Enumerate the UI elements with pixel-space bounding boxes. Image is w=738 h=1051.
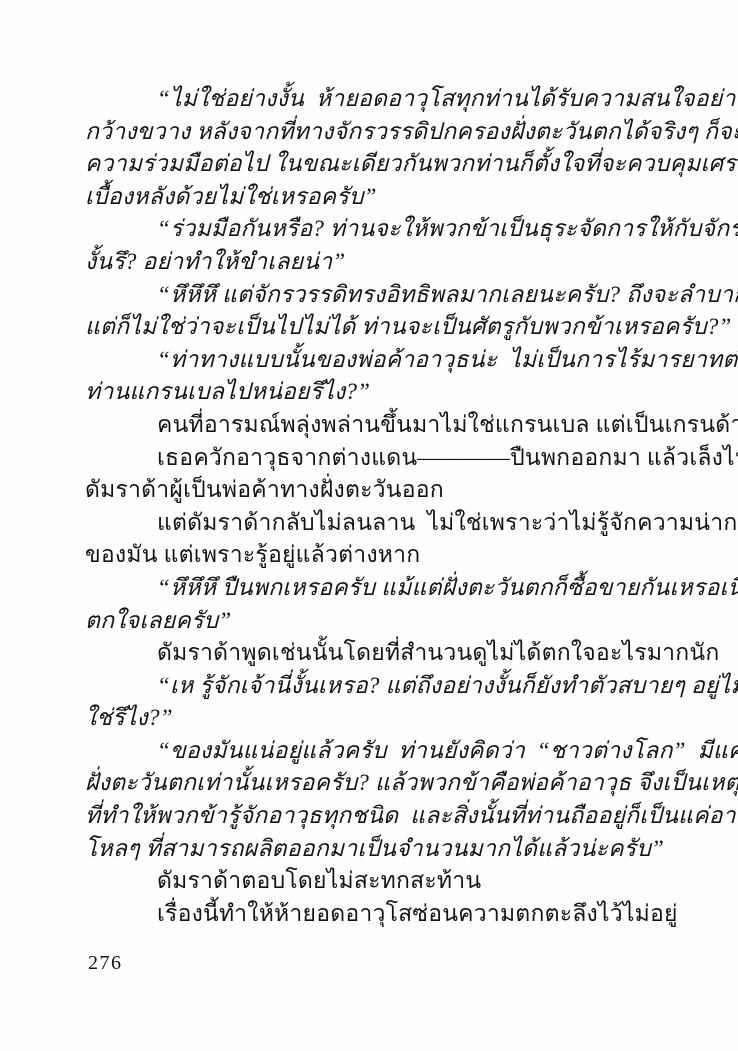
text-line: ดัมราด้าตอบโดยไม่สะทกสะท้าน xyxy=(85,865,660,898)
page-text: “ไม่ใช่อย่างงั้น ห้ายอดอาวุโสทุกท่านได้ร… xyxy=(85,83,660,930)
text-line: “ท่าทางแบบนั้นของพ่อค้าอาวุธน่ะ ไม่เป็นก… xyxy=(85,344,660,377)
text-line: งั้นรึ? อย่าทำให้ขำเลยน่า” xyxy=(85,246,660,279)
text-line: ฝั่งตะวันตกเท่านั้นเหรอครับ? แล้วพวกข้าค… xyxy=(85,767,660,800)
text-line: ดัมราด้าผู้เป็นพ่อค้าทางฝั่งตะวันออก xyxy=(85,474,660,507)
text-line: เรื่องนี้ทำให้ห้ายอดอาวุโสซ่อนความตกตะลึ… xyxy=(85,898,660,931)
text-line: ตกใจเลยครับ” xyxy=(85,605,660,638)
page-number: 276 xyxy=(88,952,123,975)
text-line: ดัมราด้าพูดเช่นนั้นโดยที่สำนวนดูไม่ได้ตก… xyxy=(85,637,660,670)
text-line: เธอควักอาวุธจากต่างแดน————ปืนพกออกมา แล้… xyxy=(85,442,660,475)
book-page: “ไม่ใช่อย่างงั้น ห้ายอดอาวุโสทุกท่านได้ร… xyxy=(0,0,738,1051)
text-line: “ไม่ใช่อย่างงั้น ห้ายอดอาวุโสทุกท่านได้ร… xyxy=(85,83,660,116)
text-line: โหลๆ ที่สามารถผลิตออกมาเป็นจำนวนมากได้แล… xyxy=(85,833,660,866)
text-line: แต่ก็ไม่ใช่ว่าจะเป็นไปไม่ได้ ท่านจะเป็นศ… xyxy=(85,311,660,344)
text-line: “หึหึหึ ปืนพกเหรอครับ แม้แต่ฝั่งตะวันตกก… xyxy=(85,572,660,605)
text-line: “ของมันแน่อยู่แล้วครับ ท่านยังคิดว่า “ชา… xyxy=(85,735,660,768)
text-line: กว้างขวาง หลังจากที่ทางจักรวรรดิปกครองฝั… xyxy=(85,116,660,149)
text-line: ที่ทำให้พวกข้ารู้จักอาวุธทุกชนิด และสิ่ง… xyxy=(85,800,660,833)
text-line: “เห รู้จักเจ้านี่งั้นเหรอ? แต่ถึงอย่างงั… xyxy=(85,670,660,703)
text-line: ความร่วมมือต่อไป ในขณะเดียวกันพวกท่านก็ต… xyxy=(85,148,660,181)
text-line: แต่ดัมราด้ากลับไม่ลนลาน ไม่ใช่เพราะว่าไม… xyxy=(85,507,660,540)
text-line: เบื้องหลังด้วยไม่ใช่เหรอครับ” xyxy=(85,181,660,214)
text-line: “ร่วมมือกันหรือ? ท่านจะให้พวกข้าเป็นธุระ… xyxy=(85,213,660,246)
text-line: “หึหึหึ แต่จักรวรรดิทรงอิทธิพลมากเลยนะคร… xyxy=(85,279,660,312)
text-line: คนที่อารมณ์พลุ่งพล่านขึ้นมาไม่ใช่แกรนเบล… xyxy=(85,409,660,442)
text-line: ท่านแกรนเบลไปหน่อยรึไง?” xyxy=(85,376,660,409)
text-line: ของมัน แต่เพราะรู้อยู่แล้วต่างหาก xyxy=(85,539,660,572)
text-line: ใช่รึไง?” xyxy=(85,702,660,735)
